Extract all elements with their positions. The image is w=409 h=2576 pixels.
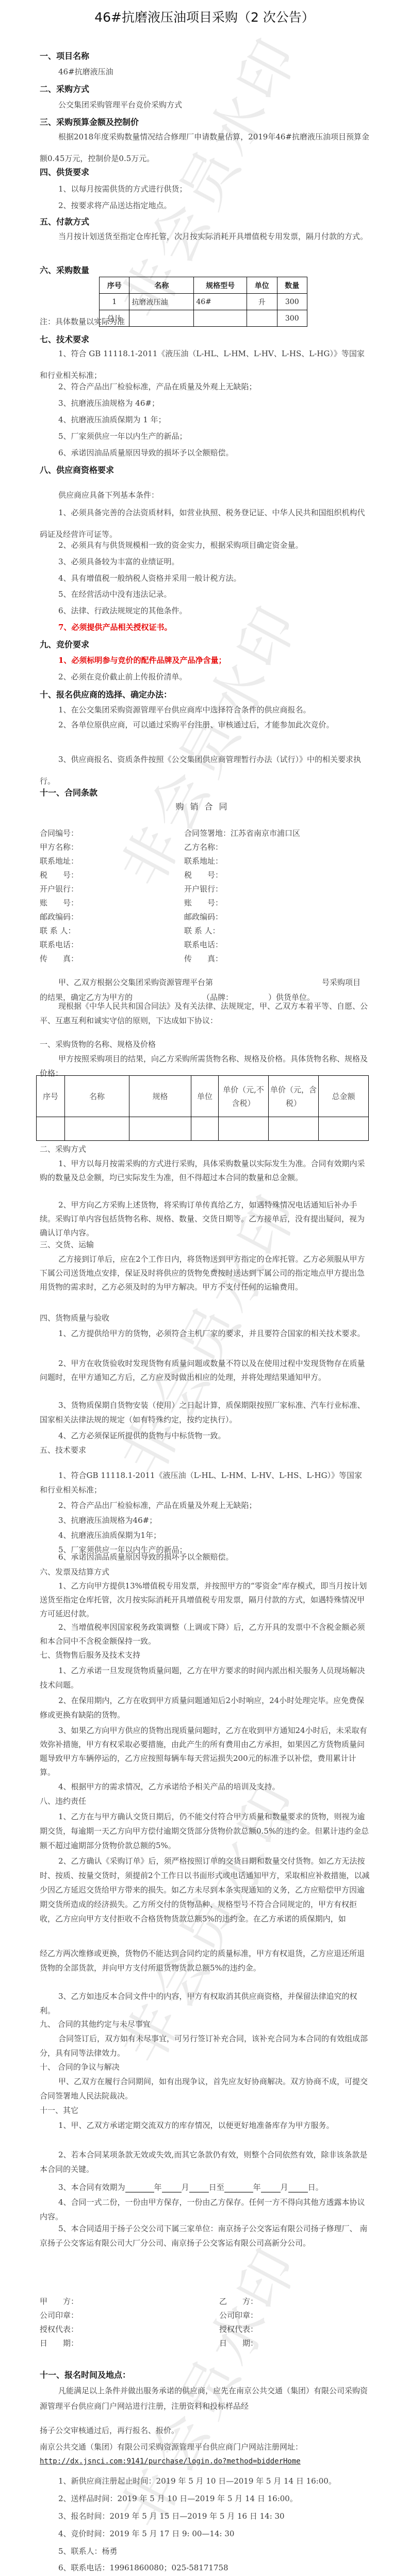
list-item: 6、法律、行政法规规定的其他条件。 <box>58 605 187 616</box>
table-header: 规格型号 <box>194 277 247 294</box>
section-heading: 十一、报名时间及地点： <box>40 2368 130 2380</box>
clause-body: 甲、乙双方在履行合同期间，如有出现争议，首先应友好协商解决。双方协商不成，可提交… <box>40 2074 370 2103</box>
clause-item: 3、乙方如违反本合同文件中的内容，甲方有权取消其供应商资格，并保留法律追究的权利… <box>40 1989 370 2018</box>
clause-item: 1、乙方在与甲方确认交货日期后，仍不能交付符合甲方质量和数量要求的货物，则视为逾… <box>40 1809 370 1853</box>
section-heading: 十一、合同条款 <box>40 786 97 798</box>
section-heading: 二、采购方式 <box>40 83 89 94</box>
table-header: 单位 <box>191 1076 219 1117</box>
contract-clause-heading: 二、采购方式 <box>40 1143 86 1154</box>
list-item: 1、符合 GB 11118.1-2011《液压油（L-HL、L-HM、L-HV、… <box>40 343 370 386</box>
table-cell[interactable] <box>319 1117 369 1141</box>
table-cell <box>247 310 277 327</box>
contract-clause-heading: 五、技术要求 <box>40 1444 86 1455</box>
year-label: 年 <box>253 2183 261 2192</box>
end-month-blank[interactable] <box>261 2184 281 2192</box>
list-item: 4、具有增值税一般纳税人资格并采用一般计税方法。 <box>58 573 241 583</box>
clause-item: 经乙方两次维修或更换，货物仍不能达到合同约定的质量标准，甲方有权退货，乙方应退还… <box>40 1946 370 1975</box>
clause-item: 3、如果乙方向甲方供应的货物出现质量问题时，乙方在收到甲方通知24小时后，未采取… <box>40 1724 370 1779</box>
table-cell[interactable] <box>37 1117 65 1141</box>
table-cell <box>194 310 247 327</box>
sign-place: 合同签署地：江苏省南京市浦口区 <box>184 828 300 838</box>
list-item: 2、必须在竞价截止前上传报价清单。 <box>58 671 187 682</box>
clause-item: 2、甲方向乙方采购上述货物，将采购订单传真给乙方，如遇特殊情况电话通知后补办手续… <box>40 1198 370 1240</box>
clause-item: 4、根据甲方的需求情况，乙方承诺给予相关产品的培训及支持。 <box>58 1781 280 1792</box>
document-page: 非会员水印 非会员水印 非会员水印 非会员水印 非会员水印 46#抗磨液压油项目… <box>0 0 409 2576</box>
day-to-label: 日至 <box>209 2183 224 2192</box>
clause-item: 3、抗磨液压油规格为46#； <box>58 1515 157 1525</box>
list-item: 1、以每月按需供货的方式进行供货； <box>58 183 187 194</box>
preamble-1b: 号采购项目 <box>322 977 361 988</box>
preamble-3: 现根据《中华人民共和国合同法》及有关法律、法规规定，甲、乙双方本着平等、自愿、公… <box>40 999 370 1028</box>
table-cell: 1 <box>100 294 129 310</box>
start-year-blank[interactable] <box>125 2184 154 2192</box>
month-label: 月 <box>182 2183 189 2192</box>
party-b-field: 传 真： <box>184 953 223 964</box>
clause-item: 1、乙方向甲方提供13%增值税专用发票，并按照甲方的“零资金”库存模式，即当月按… <box>40 1579 370 1621</box>
validity-prefix: 3、本合同有效期为 <box>58 2183 125 2192</box>
section-heading: 六、采购数量 <box>40 264 89 276</box>
table-cell: 升 <box>247 294 277 310</box>
day-end-label: 日。 <box>308 2183 323 2192</box>
contract-no-label: 合同编号： <box>40 828 78 838</box>
goods-price-table: 序号 名称 规格 单位 单价（元,不含税） 单价（元，含税） 总金额 <box>36 1075 369 1141</box>
contract-clause-heading: 七、货物售后服务及技术支持 <box>40 1649 140 1660</box>
list-item: 6、承诺因油品质量原因导致的损坏予以全额赔偿。 <box>58 447 234 458</box>
section-heading: 九、竞价要求 <box>40 638 89 650</box>
table-cell: 抗磨液压油 <box>129 294 194 310</box>
contract-clause-heading: 八、违约责任 <box>40 1795 86 1806</box>
party-b-field: 联系地址： <box>184 855 223 866</box>
table-header: 单位 <box>247 277 277 294</box>
party-a-field: 账 号： <box>40 897 78 908</box>
clause-item: 1、甲方以每月按需采购的方式进行采购，具体采购数量以实际发生为准。合同有效期内采… <box>40 1157 370 1185</box>
contract-clause-heading: 十、 合同的争议与解决 <box>40 2061 120 2072</box>
project-name: 46#抗磨液压油 <box>58 66 113 77</box>
table-cell: 46# <box>194 294 247 310</box>
clause-item: 2、在保用期内，乙方在收到甲方质量问题通知后2小时响应，24小时处理完毕。应免费… <box>40 1693 370 1722</box>
table-header-row: 序号 名称 规格型号 单位 数量 <box>100 277 307 294</box>
party-a-field: 税 号： <box>40 869 78 880</box>
end-year-blank[interactable] <box>224 2184 253 2192</box>
sign-a-field: 公司印章： <box>40 2310 78 2320</box>
list-item: 1、在公交集团采购资源管理平台供应商库中选择符合条件的供应商报名。 <box>58 704 311 715</box>
clause-item: 2、甲方在收货验收时发现货物有质量问题或数量不符以及在使用过程中发现货物存在质量… <box>40 1357 370 1385</box>
quantity-note: 注：具体数量以实际为准 <box>40 316 125 327</box>
table-header: 序号 <box>37 1076 65 1117</box>
clause-item: 4、乙方必须保证所提供的货物与中标货物一致。 <box>58 1430 226 1441</box>
month-label: 月 <box>281 2183 288 2192</box>
table-header: 规格 <box>129 1076 191 1117</box>
party-b-field: 联系电话： <box>184 939 223 950</box>
list-item: 5、厂家须供应一年以内生产的新品； <box>58 431 187 441</box>
start-month-blank[interactable] <box>162 2184 182 2192</box>
sign-b-field: 公司印章： <box>219 2310 258 2320</box>
budget-text: 根据2018年度采购数量情况结合修理厂申请数量估算，2019年46#抗磨液压油项… <box>40 126 370 169</box>
clause-body: 合同签订后，双方如有未尽事宜，可另行签订补充合同，该补充合同为本合同的有效组成部… <box>40 2031 370 2060</box>
schedule-item: 1、新供应商注册起止时间：2019 年 5 月 10 日—2019 年 5 月 … <box>58 2475 336 2486</box>
contract-clause-heading: 一、采购货物的名称、规格及价格 <box>40 1039 156 1050</box>
table-header: 数量 <box>277 277 307 294</box>
party-a-field: 联系电话： <box>40 939 78 950</box>
sign-a-field: 日 期： <box>40 2338 78 2348</box>
registration-body-2: 扬子公交审核通过后，再行报名、报价。 <box>40 2425 179 2436</box>
party-a-field: 传 真： <box>40 953 78 964</box>
table-cell <box>129 310 194 327</box>
party-a-field: 开户银行： <box>40 883 78 894</box>
table-row: 总计 300 <box>100 310 307 327</box>
clause-item: 3、货物质保期自货物安装（使用）之日起计算，质保期限按照厂家标准、汽车行业标准、… <box>40 1398 370 1427</box>
clause-item: 1、符合GB 11118.1-2011《液压油（L-HL、L-HM、L-HV、L… <box>40 1468 370 1497</box>
list-item: 2、各单位原供应商，可以通过采购平台注册、审核通过后，才能参加此次竞价。 <box>40 714 370 736</box>
party-a-field: 甲方名称： <box>40 841 78 852</box>
list-item: 3、抗磨液压油规格为 46#； <box>58 397 159 408</box>
table-header-row: 序号 名称 规格 单位 单价（元,不含税） 单价（元，含税） 总金额 <box>37 1076 369 1117</box>
list-item: 3、必须具备较为丰富的业绩证明。 <box>58 556 179 567</box>
sign-b-field: 授权代表： <box>219 2324 258 2334</box>
validity-period: 3、本合同有效期为年月日至年月日。 <box>58 2182 323 2192</box>
clause-item: 4、合同一式二份，一份由甲方保存，一份由乙方保存。任何一方不得向其他方透露本协议… <box>40 2195 370 2224</box>
contract-clause-heading: 九、 合同的其他约定与未尽事宜 <box>40 2018 151 2029</box>
schedule-item: 4、竞价时间：2019 年 5 月 17 日 9: 00—14: 30 <box>58 2528 234 2539</box>
list-item-highlighted: 1、必须标明参与竞价的配件品牌及产品净含量； <box>58 655 226 665</box>
clause-item: 1、乙方提供给甲方的货物，必须符合主机厂家的要求，并且要符合国家的相关技术要求。 <box>40 1327 370 1341</box>
contract-title: 购销合同 <box>0 800 409 812</box>
start-day-blank[interactable] <box>189 2184 209 2192</box>
registration-url-label: 南京公共交通（集团）有限公司采购资源管理平台供应商门户网站注册网址： <box>40 2441 303 2452</box>
table-cell: 300 <box>277 310 307 327</box>
table-row: 1 抗磨液压油 46# 升 300 <box>100 294 307 310</box>
preamble-1a: 甲、乙双方根据公交集团采购资源管理平台第 <box>58 977 213 988</box>
table-header: 单价（元，含税） <box>269 1076 319 1117</box>
list-item: 2、符合产品出厂检验标准，产品在质量及外观上无缺陷； <box>58 381 257 392</box>
contract-clause-heading: 六、发票及结算方式 <box>40 1566 109 1577</box>
section-heading: 八、供应商资格要求 <box>40 464 114 475</box>
clause-item: 6、承诺因油品质量原因导致的损坏予以全额赔偿。 <box>58 1551 234 1562</box>
table-cell: 300 <box>277 294 307 310</box>
table-header: 名称 <box>129 277 194 294</box>
list-item: 5、在经营活动中没有违法记录。 <box>58 589 172 599</box>
party-b-field: 邮政编码： <box>184 911 223 922</box>
clause-item: 1、乙方承诺一旦发现货物质量问题，乙方在甲方要求的时间内派出相关服务人员现场解决… <box>40 1663 370 1692</box>
section-heading: 四、供货要求 <box>40 166 89 178</box>
schedule-item: 3、报名时间：2019 年 5 月 15 日—2019 年 5 月 16 日 1… <box>58 2510 285 2521</box>
sign-a-field: 授权代表： <box>40 2324 78 2334</box>
party-b-field: 联 系 人： <box>184 925 220 936</box>
clause-item: 2、符合产品出厂检验标准，产品在质量及外观上无缺陷； <box>58 1500 257 1510</box>
list-item: 2、必须具有与供货规模相一致的资金实力，根据采购项目确定资金量。 <box>58 539 303 550</box>
list-item: 3、供应商报名、资质条件按照《公交集团供应商管理暂行办法（试行）》中的相关要求执… <box>40 749 370 792</box>
party-a-field: 联系地址： <box>40 855 78 866</box>
clause-item: 1、甲、乙双方承诺定期交流双方的库存情况，以便更好地准备库存为甲方服务。 <box>40 2118 370 2133</box>
clause-item: 2、若本合同某项条款无效或失效,而其它条款仍有效，则整个合同依然有效，除非该条款… <box>40 2148 370 2176</box>
clause-item: 5、本合同适用于扬子公交公司下属三家单位：南京扬子公交客运有限公司扬子修理厂、 … <box>40 2221 370 2250</box>
table-row <box>37 1117 369 1141</box>
page-title: 46#抗磨液压油项目采购（2 次公告） <box>0 7 409 26</box>
party-b-field: 税 号： <box>184 869 223 880</box>
table-header: 名称 <box>65 1076 129 1117</box>
list-item: 2、按要求将产品送达指定地点。 <box>58 200 172 211</box>
sign-b-field: 日 期： <box>219 2338 258 2348</box>
section-heading: 一、项目名称 <box>40 50 89 61</box>
contract-clause-heading: 三、交货、运输 <box>40 1239 94 1250</box>
contract-clause-heading: 十一、其它 <box>40 2105 78 2116</box>
procurement-method: 公交集团采购管理平台竞价采购方式 <box>58 99 182 110</box>
table-header: 总金额 <box>319 1076 369 1117</box>
list-item: 4、抗磨液压油质保期为 1 年； <box>58 414 166 425</box>
party-b-field: 乙方名称： <box>184 841 223 852</box>
clause-item: 2、当增值税率因国家税务政策调整（上调或下降）后，乙方开具的发票中不含税金额必须… <box>40 1620 370 1648</box>
clause-item: 4、抗磨液压油质保期为1年； <box>58 1530 161 1540</box>
table-cell[interactable] <box>129 1117 191 1141</box>
party-a-field: 联 系 人： <box>40 925 76 936</box>
contact-person: 5、联系人：杨勇 <box>58 2546 118 2556</box>
sign-b-field: 乙 方： <box>219 2296 258 2307</box>
qualification-intro: 供应商应具备下列基本条件： <box>58 489 159 500</box>
table-header: 单价（元,不含税） <box>219 1076 269 1117</box>
table-header: 序号 <box>100 277 129 294</box>
registration-url-link[interactable]: http://dx.jsnci.com:9141/purchase/login.… <box>40 2457 301 2466</box>
sign-a-field: 甲 方： <box>40 2296 78 2307</box>
party-b-field: 账 号： <box>184 897 223 908</box>
end-day-blank[interactable] <box>288 2184 308 2192</box>
table-cell[interactable] <box>219 1117 269 1141</box>
contract-clause-heading: 四、货物质量与验收 <box>40 1312 109 1323</box>
table-cell[interactable] <box>191 1117 219 1141</box>
party-a-field: 邮政编码： <box>40 911 78 922</box>
sign-place-value: 江苏省南京市浦口区 <box>231 829 300 838</box>
year-label: 年 <box>154 2183 162 2192</box>
sign-place-label: 合同签署地： <box>184 829 231 838</box>
table-cell[interactable] <box>65 1117 129 1141</box>
schedule-item: 2、送样品时间：2019 年 5 月 10 日—2019 年 5 月 14 日 … <box>58 2493 298 2504</box>
clause-body: 乙方接到订单后，应在2个工作日内，将货物送到甲方指定的仓库托管。乙方必须服从甲方… <box>40 1252 370 1294</box>
quantity-table: 序号 名称 规格型号 单位 数量 1 抗磨液压油 46# 升 300 总计 30… <box>99 277 307 327</box>
registration-body: 凡能满足以上条件并做出服务承诺的供应商，应先在南京公共交通（集团）有限公司采购资… <box>40 2383 370 2414</box>
clause-item: 2、乙方确认《采购订单》后，须严格按照订单的交货日期和数量交付货物。如乙方无法按… <box>40 1854 370 1926</box>
party-b-field: 开户银行： <box>184 883 223 894</box>
list-item-highlighted: 7、必须提供产品相关授权证书。 <box>58 622 172 632</box>
section-heading: 十、报名供应商的选择、确定办法： <box>40 688 172 700</box>
table-cell[interactable] <box>269 1117 319 1141</box>
list-item: 1、必须具备完善的合法资质材料，如营业执照、税务登记证、中华人民共和国组织机构代… <box>40 502 370 545</box>
contact-phone: 6、联系电话：19961860080；025-58171758 <box>58 2562 228 2573</box>
payment-text: 当月按计划送货至指定仓库托管，次月按实际消耗开具增值税专用发票，隔月付款的方式。 <box>40 226 370 247</box>
